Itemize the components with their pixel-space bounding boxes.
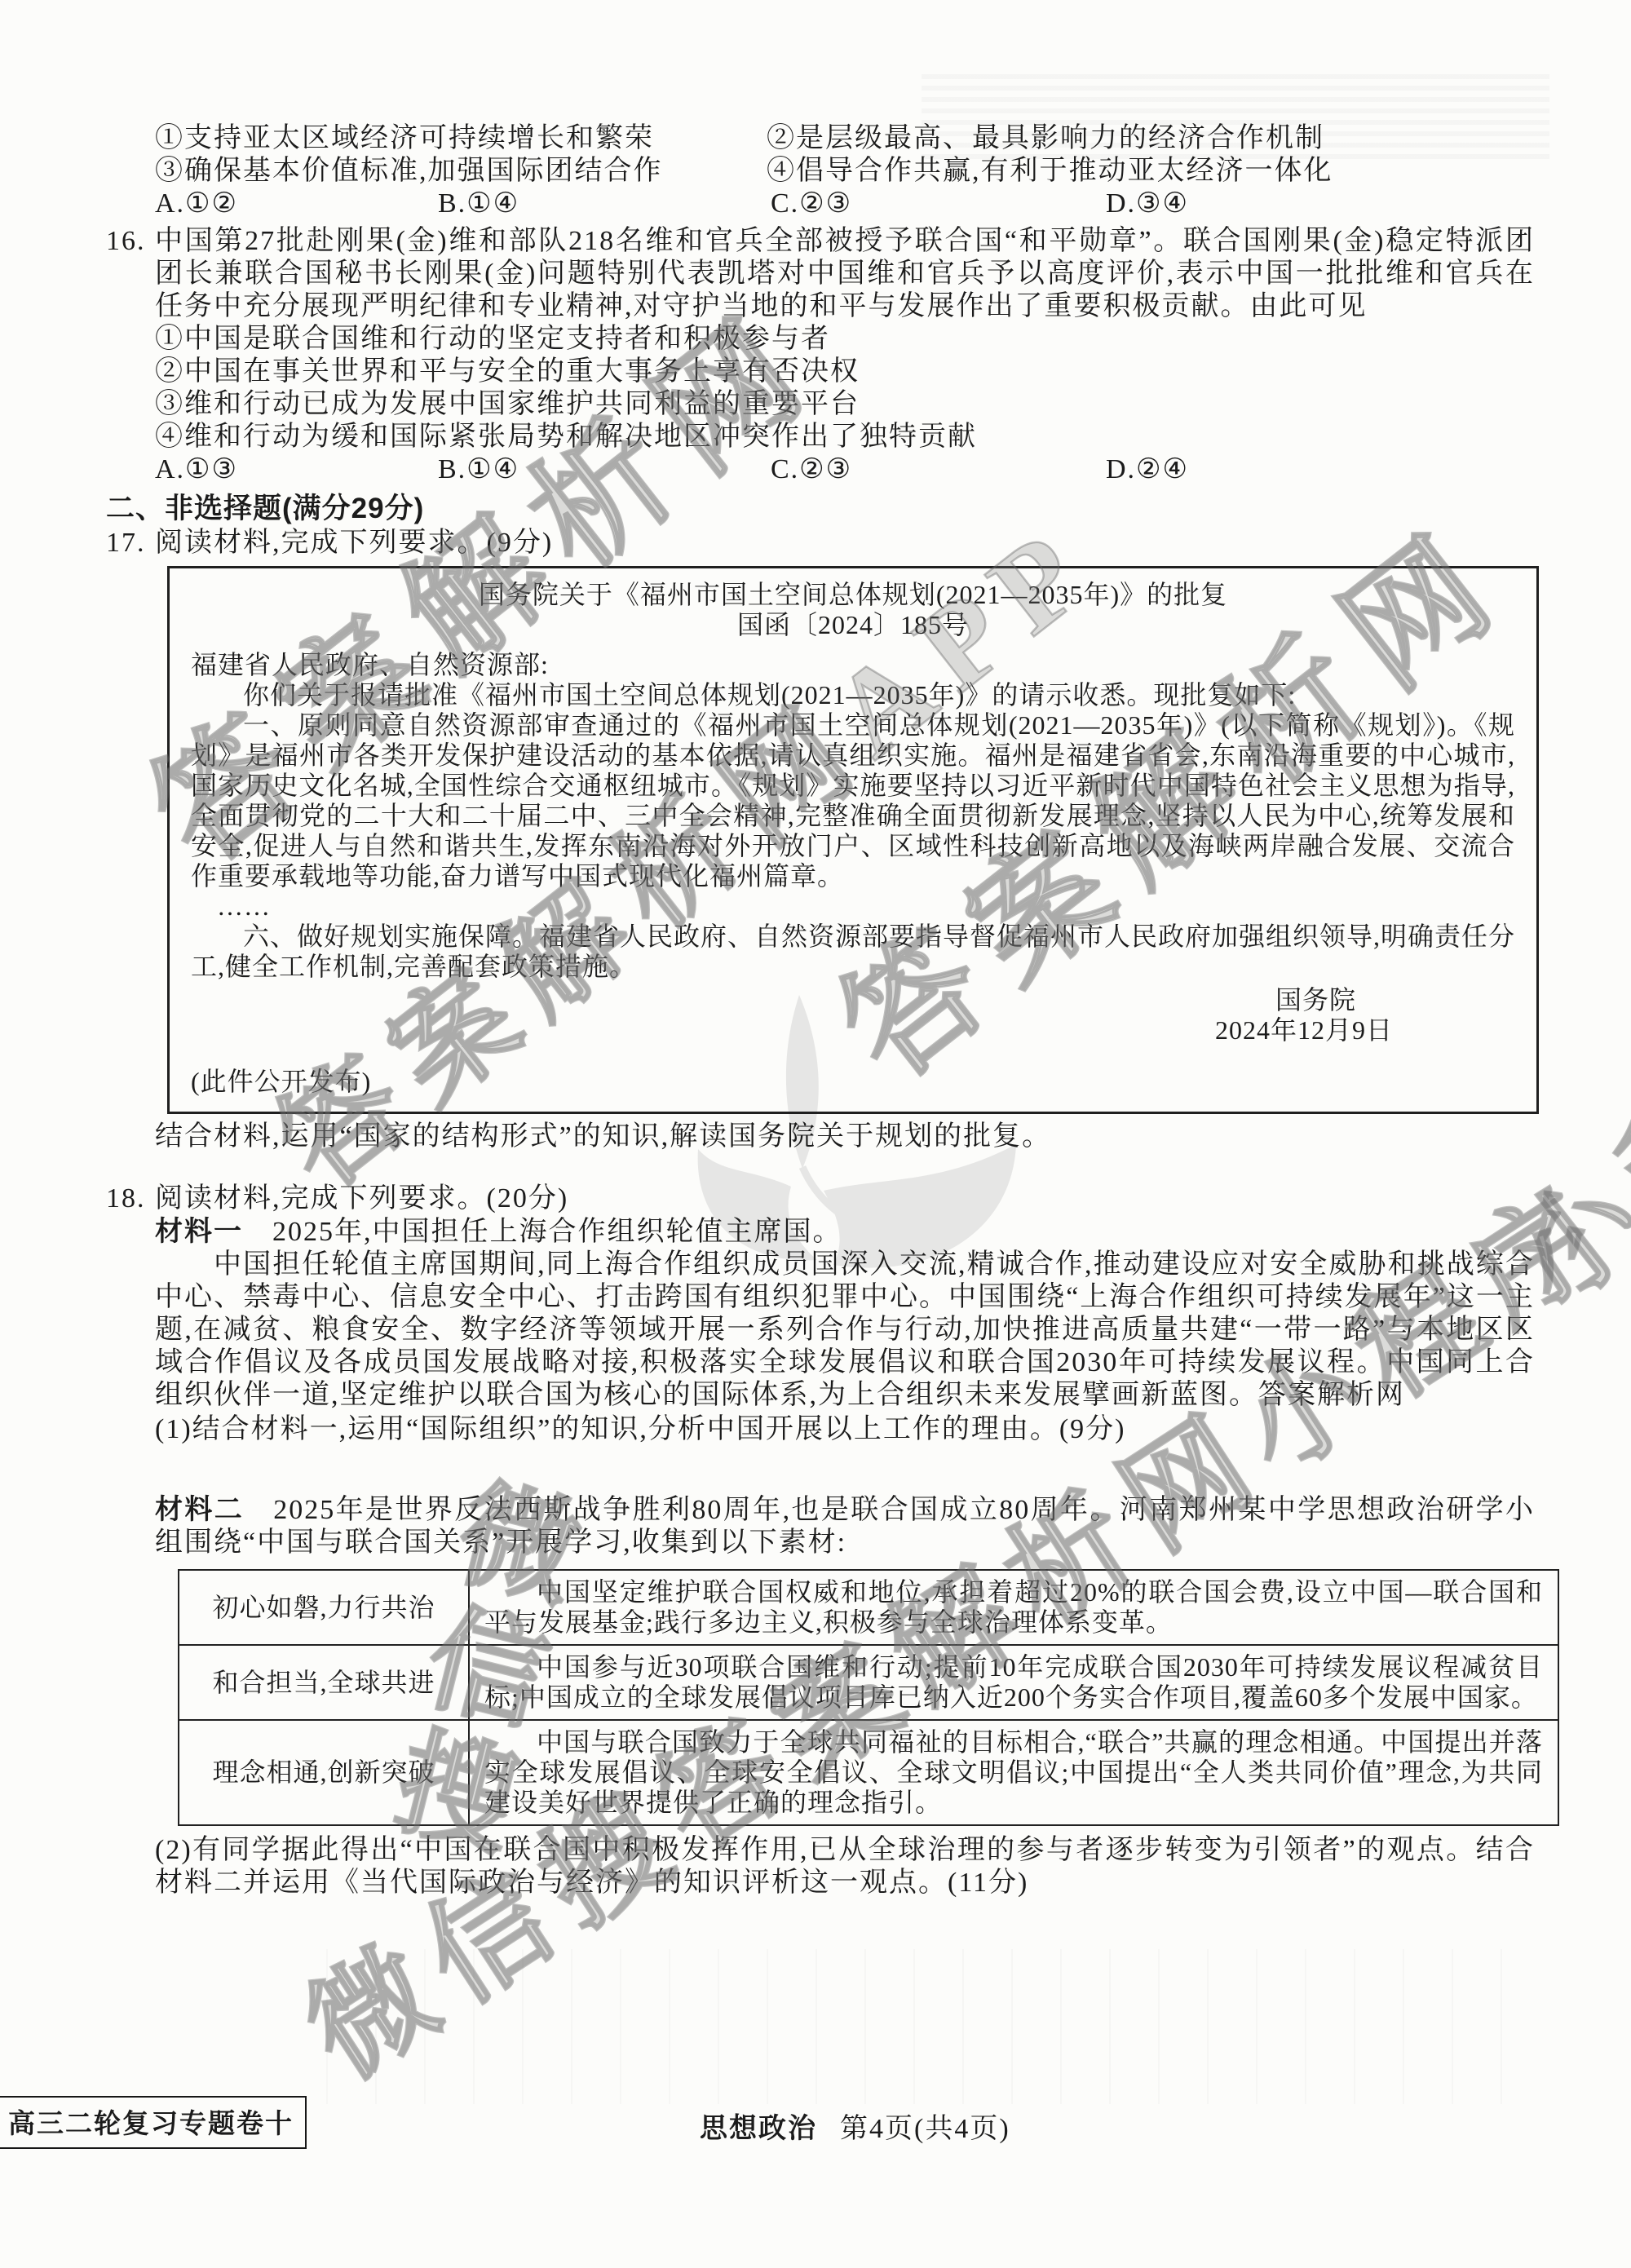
q15-statement-4: ④倡导合作共赢,有利于推动亚太经济一体化 bbox=[767, 155, 1333, 188]
question-16-number: 16. bbox=[106, 225, 146, 258]
q16-option-d: D.②④ bbox=[1106, 453, 1189, 486]
q15-statement-1: ①支持亚太区域经济可持续增长和繁荣 bbox=[155, 122, 654, 155]
q16-statement-3: ③维和行动已成为发展中国家维护共同利益的重要平台 bbox=[155, 388, 1535, 421]
un-china-materials-table: 初心如磐,力行共治 中国坚定维护联合国权威和地位,承担着超过20%的联合国会费,… bbox=[178, 1569, 1559, 1826]
footer-page-info: 思想政治第4页(共4页) bbox=[700, 2106, 1010, 2146]
question-18-number: 18. bbox=[106, 1183, 146, 1215]
document-paragraph-2: 一、原则同意自然资源部审查通过的《福州市国土空间总体规划(2021—2035年)… bbox=[191, 710, 1515, 891]
material-1-intro: 2025年,中国担任上海合作组织轮值主席国。 bbox=[272, 1217, 842, 1247]
footer-subject: 思想政治 bbox=[700, 2113, 817, 2144]
official-document-box: 国务院关于《福州市国土空间总体规划(2021—2035年)》的批复 国函〔202… bbox=[167, 566, 1539, 1114]
document-paragraph-3: 六、做好规划实施保障。福建省人民政府、自然资源部要指导督促福州市人民政府加强组织… bbox=[191, 922, 1515, 982]
q16-statement-1: ①中国是联合国维和行动的坚定支持者和积极参与者 bbox=[155, 323, 1535, 356]
q16-option-c: C.②③ bbox=[771, 453, 852, 486]
q16-statement-4: ④维和行动为缓和国际紧张局势和解决地区冲突作出了独特贡献 bbox=[155, 421, 1535, 453]
footer-volume-label: 高三二轮复习专题卷十 bbox=[0, 2096, 307, 2149]
question-17-number: 17. bbox=[106, 527, 146, 559]
section-2-title: 二、非选择题(满分29分) bbox=[106, 493, 1535, 525]
q15-option-b: B.①④ bbox=[438, 188, 519, 220]
document-salutation: 福建省人民政府、自然资源部: bbox=[191, 650, 1515, 680]
q15-statement-2: ②是层级最高、最具影响力的经济合作机制 bbox=[767, 122, 1324, 155]
material-1-label: 材料一 bbox=[155, 1216, 243, 1247]
table-row-2-label: 和合担当,全球共进 bbox=[179, 1645, 469, 1720]
q15-statements-row2: ③确保基本价值标准,加强国际团结合作 ④倡导合作共赢,有利于推动亚太经济一体化 bbox=[106, 155, 1535, 188]
q15-statement-3: ③确保基本价值标准,加强国际团结合作 bbox=[155, 155, 663, 188]
q15-option-c: C.②③ bbox=[771, 188, 852, 220]
question-17: 17. 阅读材料,完成下列要求。(9分) bbox=[106, 527, 1535, 559]
table-row: 和合担当,全球共进 中国参与近30项联合国维和行动;提前10年完成联合国2030… bbox=[179, 1645, 1558, 1720]
q15-option-a: A.①② bbox=[155, 188, 238, 220]
document-signer: 国务院 bbox=[191, 985, 1515, 1015]
document-date: 2024年12月9日 bbox=[191, 1015, 1515, 1046]
exam-page: ①支持亚太区域经济可持续增长和繁荣 ②是层级最高、最具影响力的经济合作机制 ③确… bbox=[0, 0, 1631, 2268]
material-2-intro: 2025年是世界反法西斯战争胜利80周年,也是联合国成立80周年。河南郑州某中学… bbox=[155, 1495, 1535, 1558]
table-row-2-content: 中国参与近30项联合国维和行动;提前10年完成联合国2030年可持续发展议程减贫… bbox=[469, 1645, 1558, 1720]
q16-statement-2: ②中国在事关世界和平与安全的重大事务上享有否决权 bbox=[155, 356, 1535, 388]
table-row: 初心如磐,力行共治 中国坚定维护联合国权威和地位,承担着超过20%的联合国会费,… bbox=[179, 1570, 1558, 1645]
question-18-part-1: (1)结合材料一,运用“国际组织”的知识,分析中国开展以上工作的理由。(9分) bbox=[155, 1413, 1535, 1446]
material-2-heading: 材料二2025年是世界反法西斯战争胜利80周年,也是联合国成立80周年。河南郑州… bbox=[155, 1493, 1535, 1559]
table-row-1-label: 初心如磐,力行共治 bbox=[179, 1570, 469, 1645]
document-paragraph-1: 你们关于报请批准《福州市国土空间总体规划(2021—2035年)》的请示收悉。现… bbox=[191, 680, 1515, 710]
question-18: 18. 阅读材料,完成下列要求。(20分) bbox=[106, 1183, 1535, 1215]
table-row-3-content: 中国与联合国致力于全球共同福祉的目标相合,“联合”共赢的理念相通。中国提出并落实… bbox=[469, 1720, 1558, 1825]
document-title: 国务院关于《福州市国土空间总体规划(2021—2035年)》的批复 bbox=[191, 580, 1515, 610]
question-17-lead: 阅读材料,完成下列要求。(9分) bbox=[155, 527, 1535, 559]
table-row-3-label: 理念相通,创新突破 bbox=[179, 1720, 469, 1825]
material-1-heading: 材料一2025年,中国担任上海合作组织轮值主席国。 bbox=[155, 1215, 1535, 1249]
q16-option-a: A.①③ bbox=[155, 453, 238, 486]
question-18-part-2: (2)有同学据此得出“中国在联合国中积极发挥作用,已从全球治理的参与者逐步转变为… bbox=[155, 1834, 1535, 1899]
table-row: 理念相通,创新突破 中国与联合国致力于全球共同福祉的目标相合,“联合”共赢的理念… bbox=[179, 1720, 1558, 1825]
q16-options: A.①③ B.①④ C.②③ D.②④ bbox=[106, 453, 1535, 489]
q16-option-b: B.①④ bbox=[438, 453, 519, 486]
footer-page-number: 第4页(共4页) bbox=[840, 2114, 1010, 2144]
question-18-lead: 阅读材料,完成下列要求。(20分) bbox=[155, 1183, 1535, 1215]
q15-options: A.①② B.①④ C.②③ D.③④ bbox=[106, 188, 1535, 223]
scan-noise-bottom bbox=[326, 1949, 1549, 2104]
q15-statements-row1: ①支持亚太区域经济可持续增长和繁荣 ②是层级最高、最具影响力的经济合作机制 bbox=[106, 122, 1535, 155]
material-1-body: 中国担任轮值主席国期间,同上海合作组织成员国深入交流,精诚合作,推动建设应对安全… bbox=[155, 1249, 1535, 1412]
q15-option-d: D.③④ bbox=[1106, 188, 1189, 220]
document-ellipsis: …… bbox=[191, 891, 1515, 922]
question-16-stem: 中国第27批赴刚果(金)维和部队218名维和官兵全部被授予联合国“和平勋章”。联… bbox=[155, 225, 1535, 323]
question-16: 16. 中国第27批赴刚果(金)维和部队218名维和官兵全部被授予联合国“和平勋… bbox=[106, 225, 1535, 489]
material-2-label: 材料二 bbox=[155, 1494, 244, 1525]
question-17-prompt: 结合材料,运用“国家的结构形式”的知识,解读国务院关于规划的批复。 bbox=[155, 1121, 1535, 1153]
table-row-1-content: 中国坚定维护联合国权威和地位,承担着超过20%的联合国会费,设立中国—联合国和平… bbox=[469, 1570, 1558, 1645]
document-public-note: (此件公开发布) bbox=[191, 1067, 1515, 1097]
document-number: 国函〔2024〕185号 bbox=[191, 610, 1515, 640]
page-body: ①支持亚太区域经济可持续增长和繁荣 ②是层级最高、最具影响力的经济合作机制 ③确… bbox=[106, 122, 1535, 1899]
